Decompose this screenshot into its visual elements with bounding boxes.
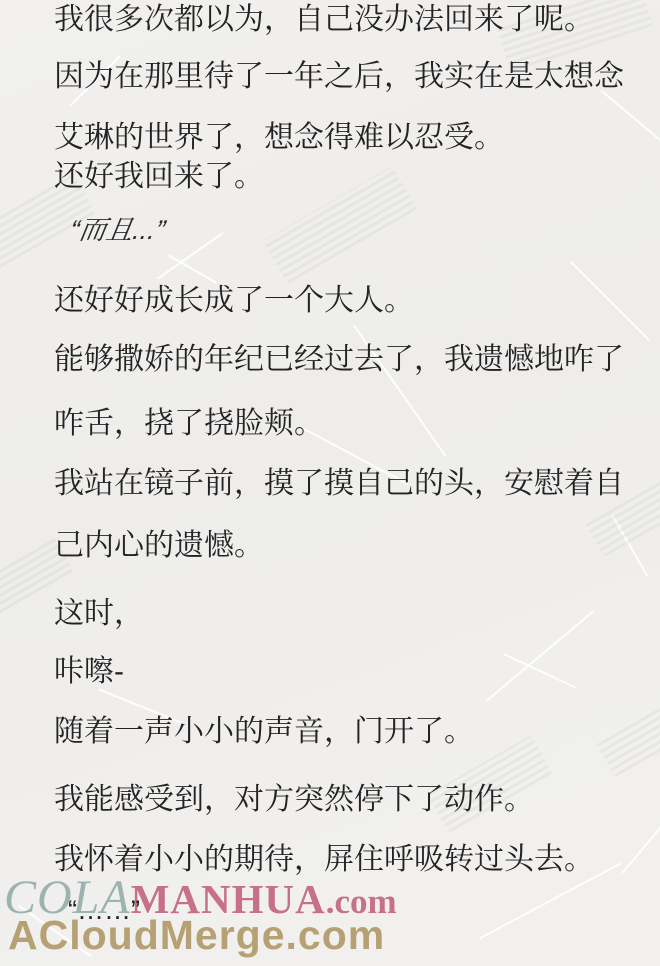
site-watermark-acloudmerge: ACloudMerge.com bbox=[8, 912, 385, 959]
story-text-line-quote: “而且...” bbox=[68, 216, 167, 246]
story-text-line: 我怀着小小的期待，屏住呼吸转过头去。 bbox=[54, 843, 594, 876]
crease-mark bbox=[486, 610, 595, 702]
story-text-line: 咋舌，挠了挠脸颊。 bbox=[54, 407, 324, 440]
story-text-line: 咔嚓- bbox=[54, 655, 124, 688]
story-text-line: 还好我回来了。 bbox=[54, 160, 264, 193]
story-text-line: 我很多次都以为，自己没办法回来了呢。 bbox=[54, 3, 594, 36]
story-text-line: 这时， bbox=[54, 597, 144, 630]
story-text-line: 艾琳的世界了，想念得难以忍受。 bbox=[54, 121, 504, 154]
story-text-line: 能够撒娇的年纪已经过去了，我遗憾地咋了 bbox=[54, 343, 624, 376]
story-text-line: 我站在镜子前，摸了摸自己的头，安慰着自 bbox=[54, 467, 624, 500]
faint-watermark-smudge bbox=[595, 703, 660, 778]
story-text-line: 随着一声小小的声音，门开了。 bbox=[54, 715, 474, 748]
crease-mark bbox=[622, 819, 660, 874]
story-text-line: 己内心的遗憾。 bbox=[54, 529, 264, 562]
story-text-line: 我能感受到，对方突然停下了动作。 bbox=[54, 783, 534, 816]
manhua-text-page: 我很多次都以为，自己没办法回来了呢。 因为在那里待了一年之后，我实在是太想念 艾… bbox=[0, 0, 660, 966]
story-text-line: 还好好成长成了一个大人。 bbox=[54, 284, 414, 317]
story-text-line-quote: “……” bbox=[68, 896, 140, 926]
crease-mark bbox=[570, 261, 649, 340]
faint-watermark-smudge bbox=[263, 166, 418, 284]
crease-mark bbox=[168, 254, 217, 283]
crease-mark bbox=[503, 653, 576, 689]
crease-mark bbox=[600, 90, 660, 153]
story-text-line: 因为在那里待了一年之后，我实在是太想念 bbox=[54, 60, 624, 93]
crease-mark bbox=[157, 232, 224, 280]
